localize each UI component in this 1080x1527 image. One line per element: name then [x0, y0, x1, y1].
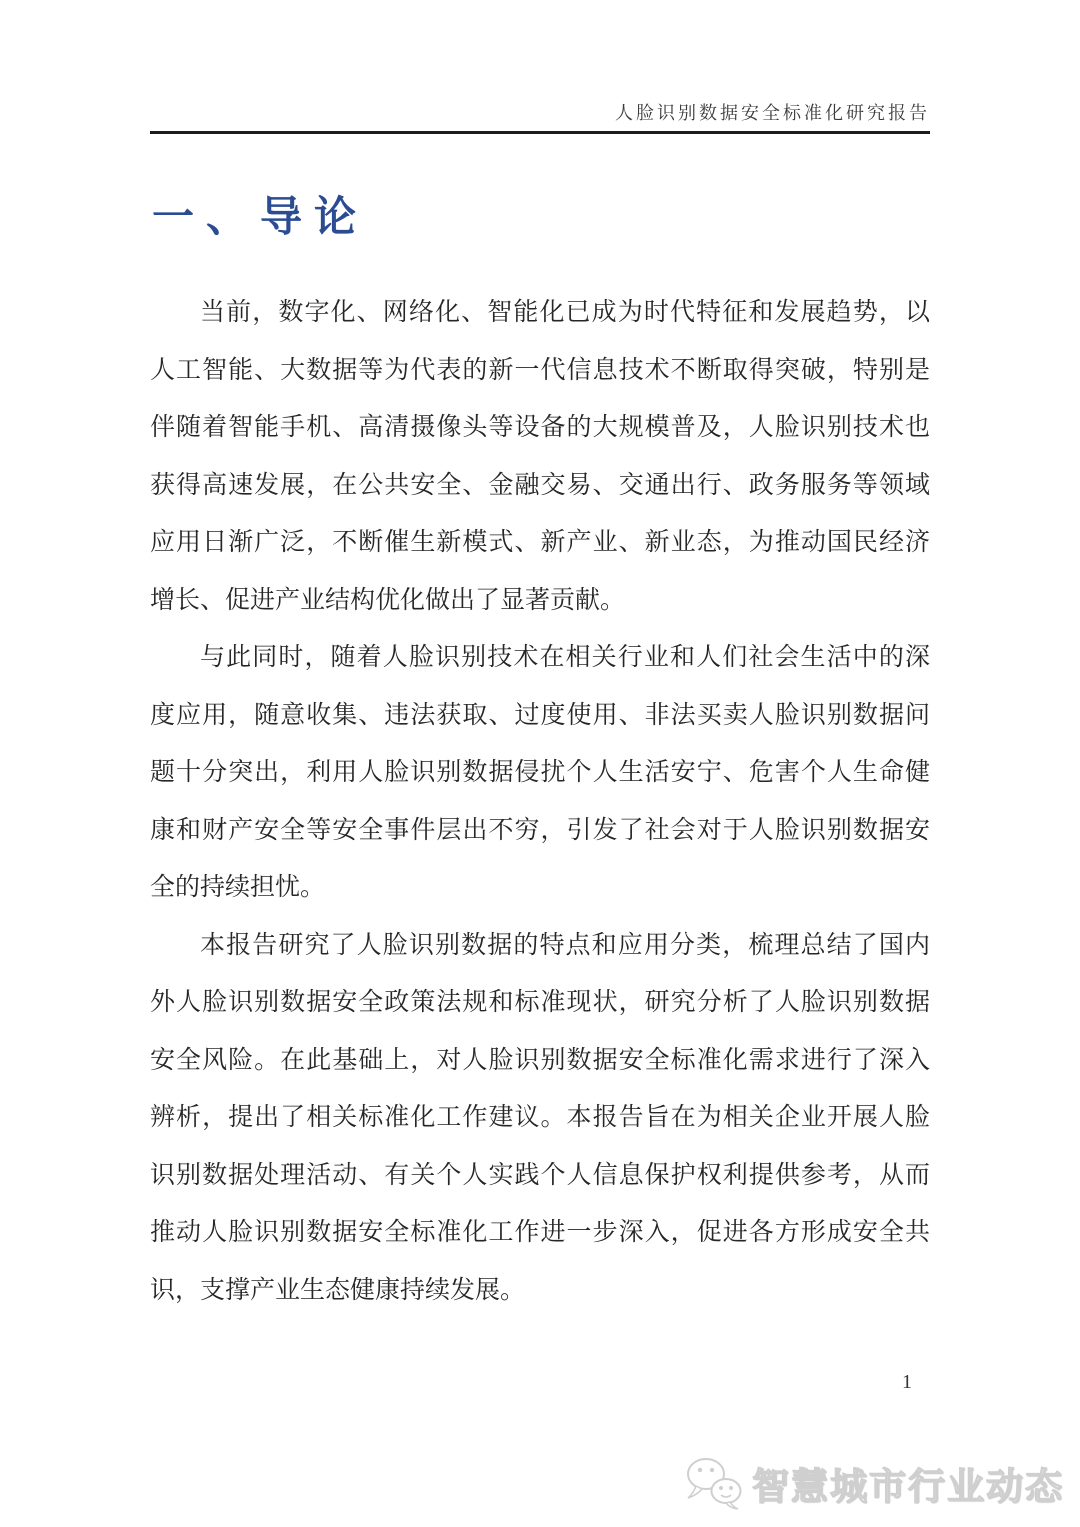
paragraph-3-line: 外人脸识别数据安全政策法规和标准现状，研究分析了人脸识别数据: [150, 974, 930, 1032]
paragraph-3-line: 安全风险。在此基础上，对人脸识别数据安全标准化需求进行了深入: [150, 1032, 930, 1090]
watermark: 智慧城市行业动态: [684, 1455, 1064, 1511]
running-header-title: 人脸识别数据安全标准化研究报告: [615, 103, 930, 123]
paragraph-2-line: 与此同时，随着人脸识别技术在相关行业和人们社会生活中的深: [150, 629, 930, 687]
paragraph-1-line: 增长、促进产业结构优化做出了显著贡献。: [150, 572, 930, 630]
paragraph-3-line: 识，支撑产业生态健康持续发展。: [150, 1262, 930, 1320]
paragraph-2-line: 全的持续担忧。: [150, 859, 930, 917]
paragraph-3-line: 推动人脸识别数据安全标准化工作进一步深入，促进各方形成安全共: [150, 1204, 930, 1262]
running-header: 人脸识别数据安全标准化研究报告: [150, 0, 930, 126]
paragraph-1-line: 人工智能、大数据等为代表的新一代信息技术不断取得突破，特别是: [150, 342, 930, 400]
paragraph-3-line: 识别数据处理活动、有关个人实践个人信息保护权利提供参考，从而: [150, 1147, 930, 1205]
section-heading: 一、导论: [152, 192, 930, 242]
paragraph-1-line: 应用日渐广泛，不断催生新模式、新产业、新业态，为推动国民经济: [150, 514, 930, 572]
watermark-label: 智慧城市行业动态: [752, 1456, 1064, 1510]
paragraph-1-line: 伴随着智能手机、高清摄像头等设备的大规模普及，人脸识别技术也: [150, 399, 930, 457]
paragraph-3-line: 辨析，提出了相关标准化工作建议。本报告旨在为相关企业开展人脸: [150, 1089, 930, 1147]
page-number: 1: [150, 1367, 930, 1397]
body-text: 当前，数字化、网络化、智能化已成为时代特征和发展趋势，以 人工智能、大数据等为代…: [150, 284, 930, 1319]
wechat-logo-icon: [684, 1455, 746, 1511]
paragraph-2-line: 康和财产安全等安全事件层出不穷，引发了社会对于人脸识别数据安: [150, 802, 930, 860]
paragraph-2-line: 题十分突出，利用人脸识别数据侵扰个人生活安宁、危害个人生命健: [150, 744, 930, 802]
paragraph-2-line: 度应用，随意收集、违法获取、过度使用、非法买卖人脸识别数据问: [150, 687, 930, 745]
paragraph-1-line: 当前，数字化、网络化、智能化已成为时代特征和发展趋势，以: [150, 284, 930, 342]
paragraph-1-line: 获得高速发展，在公共安全、金融交易、交通出行、政务服务等领域: [150, 457, 930, 515]
paragraph-3-line: 本报告研究了人脸识别数据的特点和应用分类，梳理总结了国内: [150, 917, 930, 975]
document-page: 人脸识别数据安全标准化研究报告 一、导论 当前，数字化、网络化、智能化已成为时代…: [0, 0, 1080, 1527]
header-rule: [150, 131, 930, 134]
